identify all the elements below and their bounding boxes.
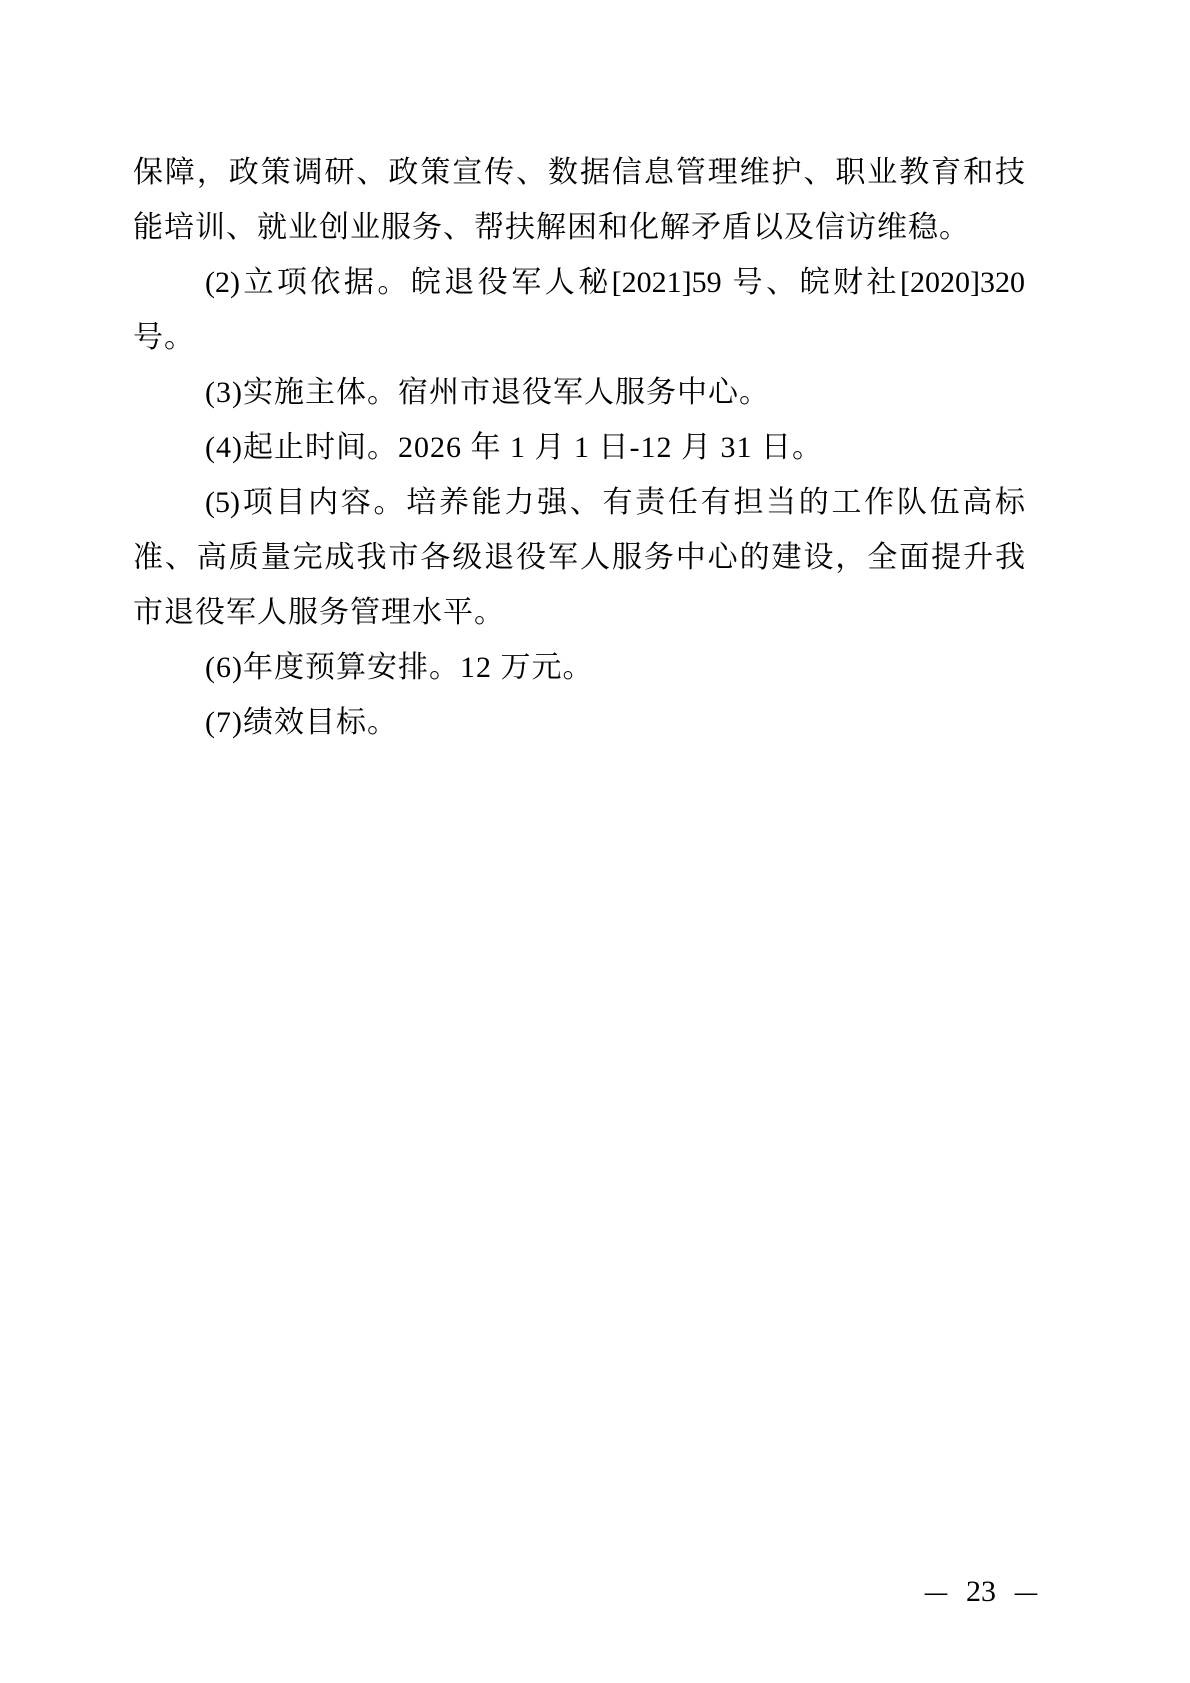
page-number: 23 [966, 1574, 996, 1610]
text-line: (7)绩效目标。 [133, 695, 1025, 750]
document-body: 保障，政策调研、政策宣传、数据信息管理维护、职业教育和技能培训、就业创业服务、帮… [133, 145, 1025, 750]
text-line: 准、高质量完成我市各级退役军人服务中心的建设，全面提升我 [133, 530, 1025, 585]
footer-right-dash: — [1015, 1574, 1038, 1610]
text-line: (3)实施主体。宿州市退役军人服务中心。 [133, 365, 1025, 420]
text-line: 号。 [133, 310, 1025, 365]
footer-left-dash: — [925, 1574, 948, 1610]
text-line: (5)项目内容。培养能力强、有责任有担当的工作队伍高标 [133, 475, 1025, 530]
page-footer: — 23 — [921, 1574, 1041, 1610]
text-line: (4)起止时间。2026 年 1 月 1 日-12 月 31 日。 [133, 420, 1025, 475]
text-line: 保障，政策调研、政策宣传、数据信息管理维护、职业教育和技 [133, 145, 1025, 200]
text-line: 市退役军人服务管理水平。 [133, 585, 1025, 640]
text-line: (6)年度预算安排。12 万元。 [133, 640, 1025, 695]
text-line: (2)立项依据。皖退役军人秘[2021]59 号、皖财社[2020]320 [133, 255, 1025, 310]
document-page: 保障，政策调研、政策宣传、数据信息管理维护、职业教育和技能培训、就业创业服务、帮… [0, 0, 1190, 1683]
text-line: 能培训、就业创业服务、帮扶解困和化解矛盾以及信访维稳。 [133, 200, 1025, 255]
